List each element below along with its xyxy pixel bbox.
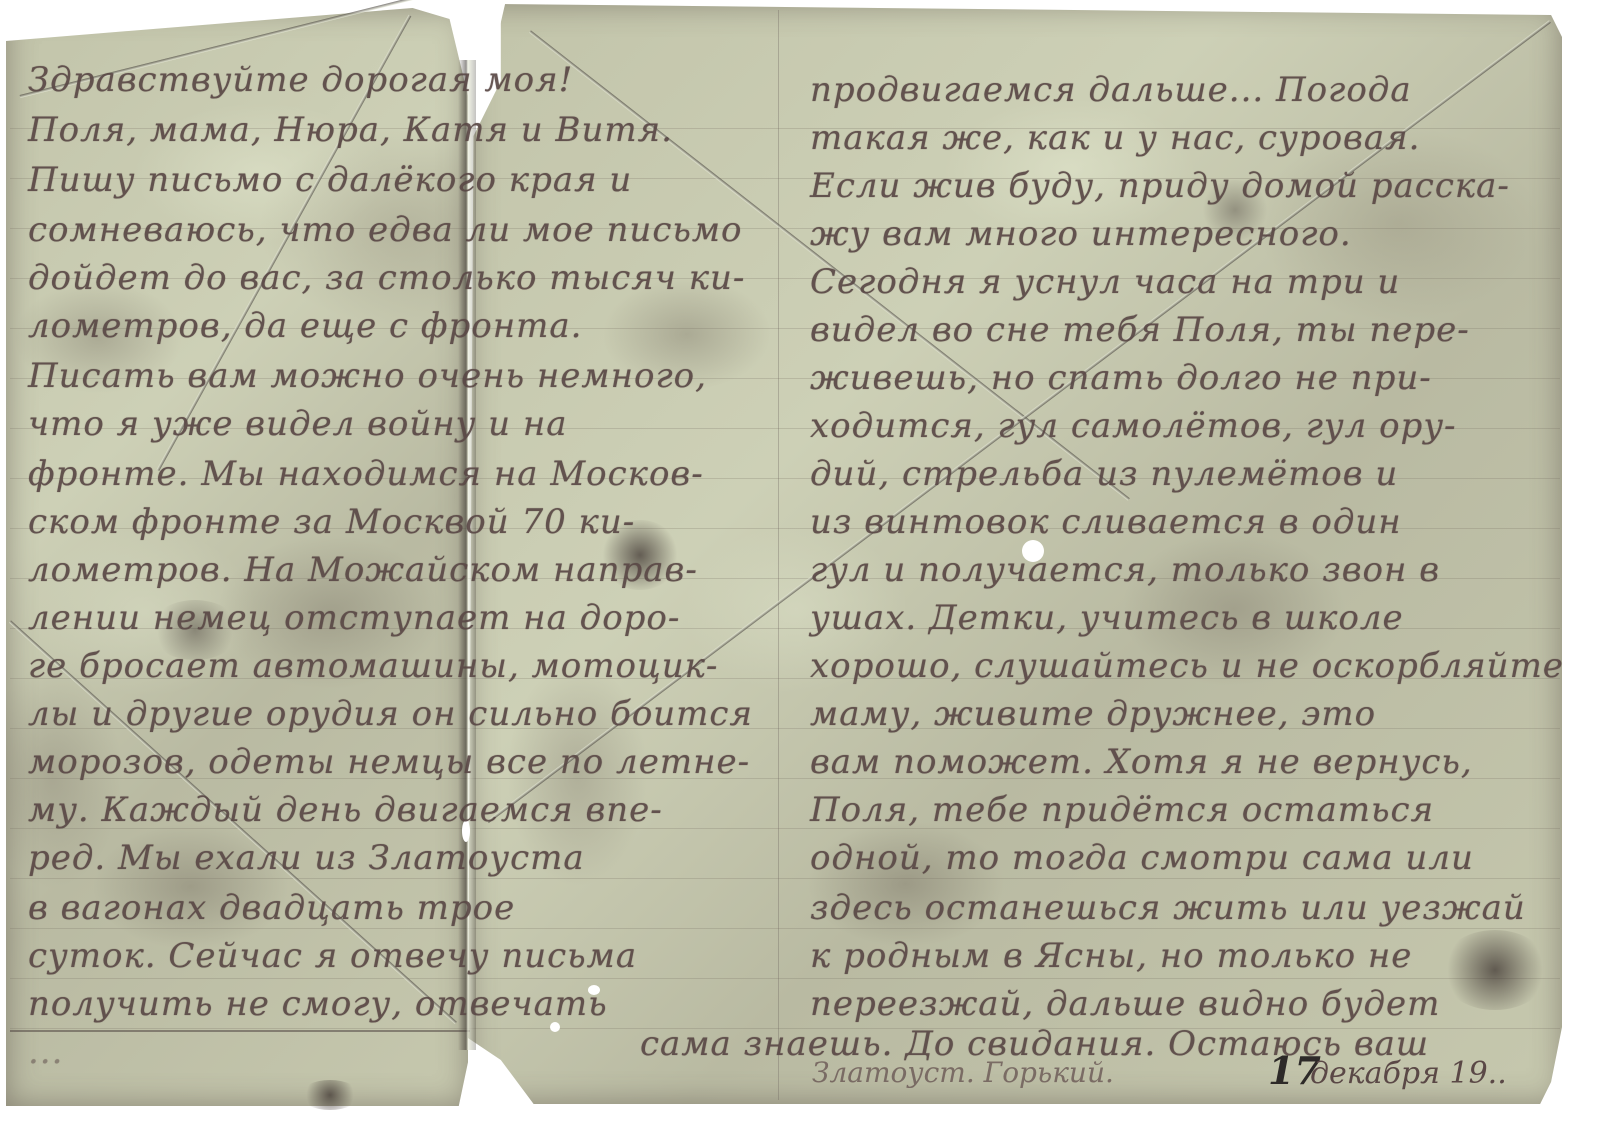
letter-line: из винтовок сливается в один bbox=[810, 502, 1402, 542]
letter-line: жу вам много интересного. bbox=[810, 214, 1352, 254]
letter-line: Пишу письмо с далёкого края и bbox=[28, 160, 632, 200]
letter-line: ушах. Детки, учитесь в школе bbox=[810, 598, 1404, 638]
letter-line: ... bbox=[28, 1032, 63, 1072]
letter-line: продвигаемся дальше... Погода bbox=[810, 70, 1412, 110]
letter-line: получить не смогу, отвечать bbox=[28, 984, 608, 1024]
stain bbox=[300, 1080, 360, 1110]
letter-line: в вагонах двадцать трое bbox=[28, 888, 515, 928]
letter-line: Писать вам можно очень немного, bbox=[28, 356, 707, 396]
letter-line: Здравствуйте дорогая моя! bbox=[28, 60, 573, 100]
letter-line: дий, стрельба из пулемётов и bbox=[810, 454, 1398, 494]
letter-line: гул и получается, только звон в bbox=[810, 550, 1440, 590]
letter-line: Поля, мама, Нюра, Катя и Витя. bbox=[28, 110, 673, 150]
letter-line: суток. Сейчас я отвечу письма bbox=[28, 936, 637, 976]
letter-line: лометров. На Можайском направ- bbox=[28, 550, 698, 590]
letter-line: Поля, тебе придётся остаться bbox=[810, 790, 1434, 830]
letter-line: здесь останешься жить или уезжай bbox=[810, 888, 1526, 928]
letter-line: видел во сне тебя Поля, ты пере- bbox=[810, 310, 1470, 350]
letter-place: Златоуст. Горький. bbox=[812, 1056, 1114, 1089]
letter-line: живешь, но спать долго не при- bbox=[810, 358, 1432, 398]
letter-line: что я уже видел войну и на bbox=[28, 404, 568, 444]
letter-line: ходится, гул самолётов, гул ору- bbox=[810, 406, 1457, 446]
letter-line: лении немец отступает на доро- bbox=[28, 598, 680, 638]
letter-line: переезжай, дальше видно будет bbox=[810, 984, 1440, 1024]
letter-line: ред. Мы ехали из Златоуста bbox=[28, 838, 585, 878]
stain bbox=[1440, 930, 1550, 1010]
letter-line: вам поможет. Хотя я не вернусь, bbox=[810, 742, 1473, 782]
letter-line: Если жив буду, приду домой расска- bbox=[810, 166, 1510, 206]
letter-line: такая же, как и у нас, суровая. bbox=[810, 118, 1420, 158]
letter-line: сомневаюсь, что едва ли мое письмо bbox=[28, 210, 743, 250]
letter-line: хорошо, слушайтесь и не оскорбляйте bbox=[810, 646, 1564, 686]
letter-line: лы и другие орудия он сильно боится bbox=[28, 694, 753, 734]
letter-line: одной, то тогда смотри сама или bbox=[810, 838, 1474, 878]
ruled-line bbox=[10, 978, 1560, 979]
page-margin-line bbox=[778, 10, 779, 1100]
letter-line: ге бросает автомашины, мотоцик- bbox=[28, 646, 718, 686]
ruled-line bbox=[10, 928, 1560, 929]
letter-line: маму, живите дружнее, это bbox=[810, 694, 1376, 734]
letter-line: Сегодня я уснул часа на три и bbox=[810, 262, 1400, 302]
letter-line: фронте. Мы находимся на Москов- bbox=[28, 454, 704, 494]
letter-line: ском фронте за Москвой 70 ки- bbox=[28, 502, 635, 542]
ruled-line bbox=[10, 878, 1560, 879]
bottom-fold-line bbox=[10, 1030, 470, 1032]
letter-scan: Здравствуйте дорогая моя! Поля, мама, Ню… bbox=[0, 0, 1600, 1134]
letter-date-month-year: декабря 19.. bbox=[1310, 1056, 1507, 1091]
letter-line: дойдет до вас, за столько тысяч ки- bbox=[28, 258, 745, 298]
letter-line: к родным в Ясны, но только не bbox=[810, 936, 1412, 976]
letter-line: морозов, одеты немцы все по летне- bbox=[28, 742, 750, 782]
letter-line: му. Каждый день двигаемся впе- bbox=[28, 790, 663, 830]
letter-line: лометров, да еще с фронта. bbox=[28, 306, 582, 346]
